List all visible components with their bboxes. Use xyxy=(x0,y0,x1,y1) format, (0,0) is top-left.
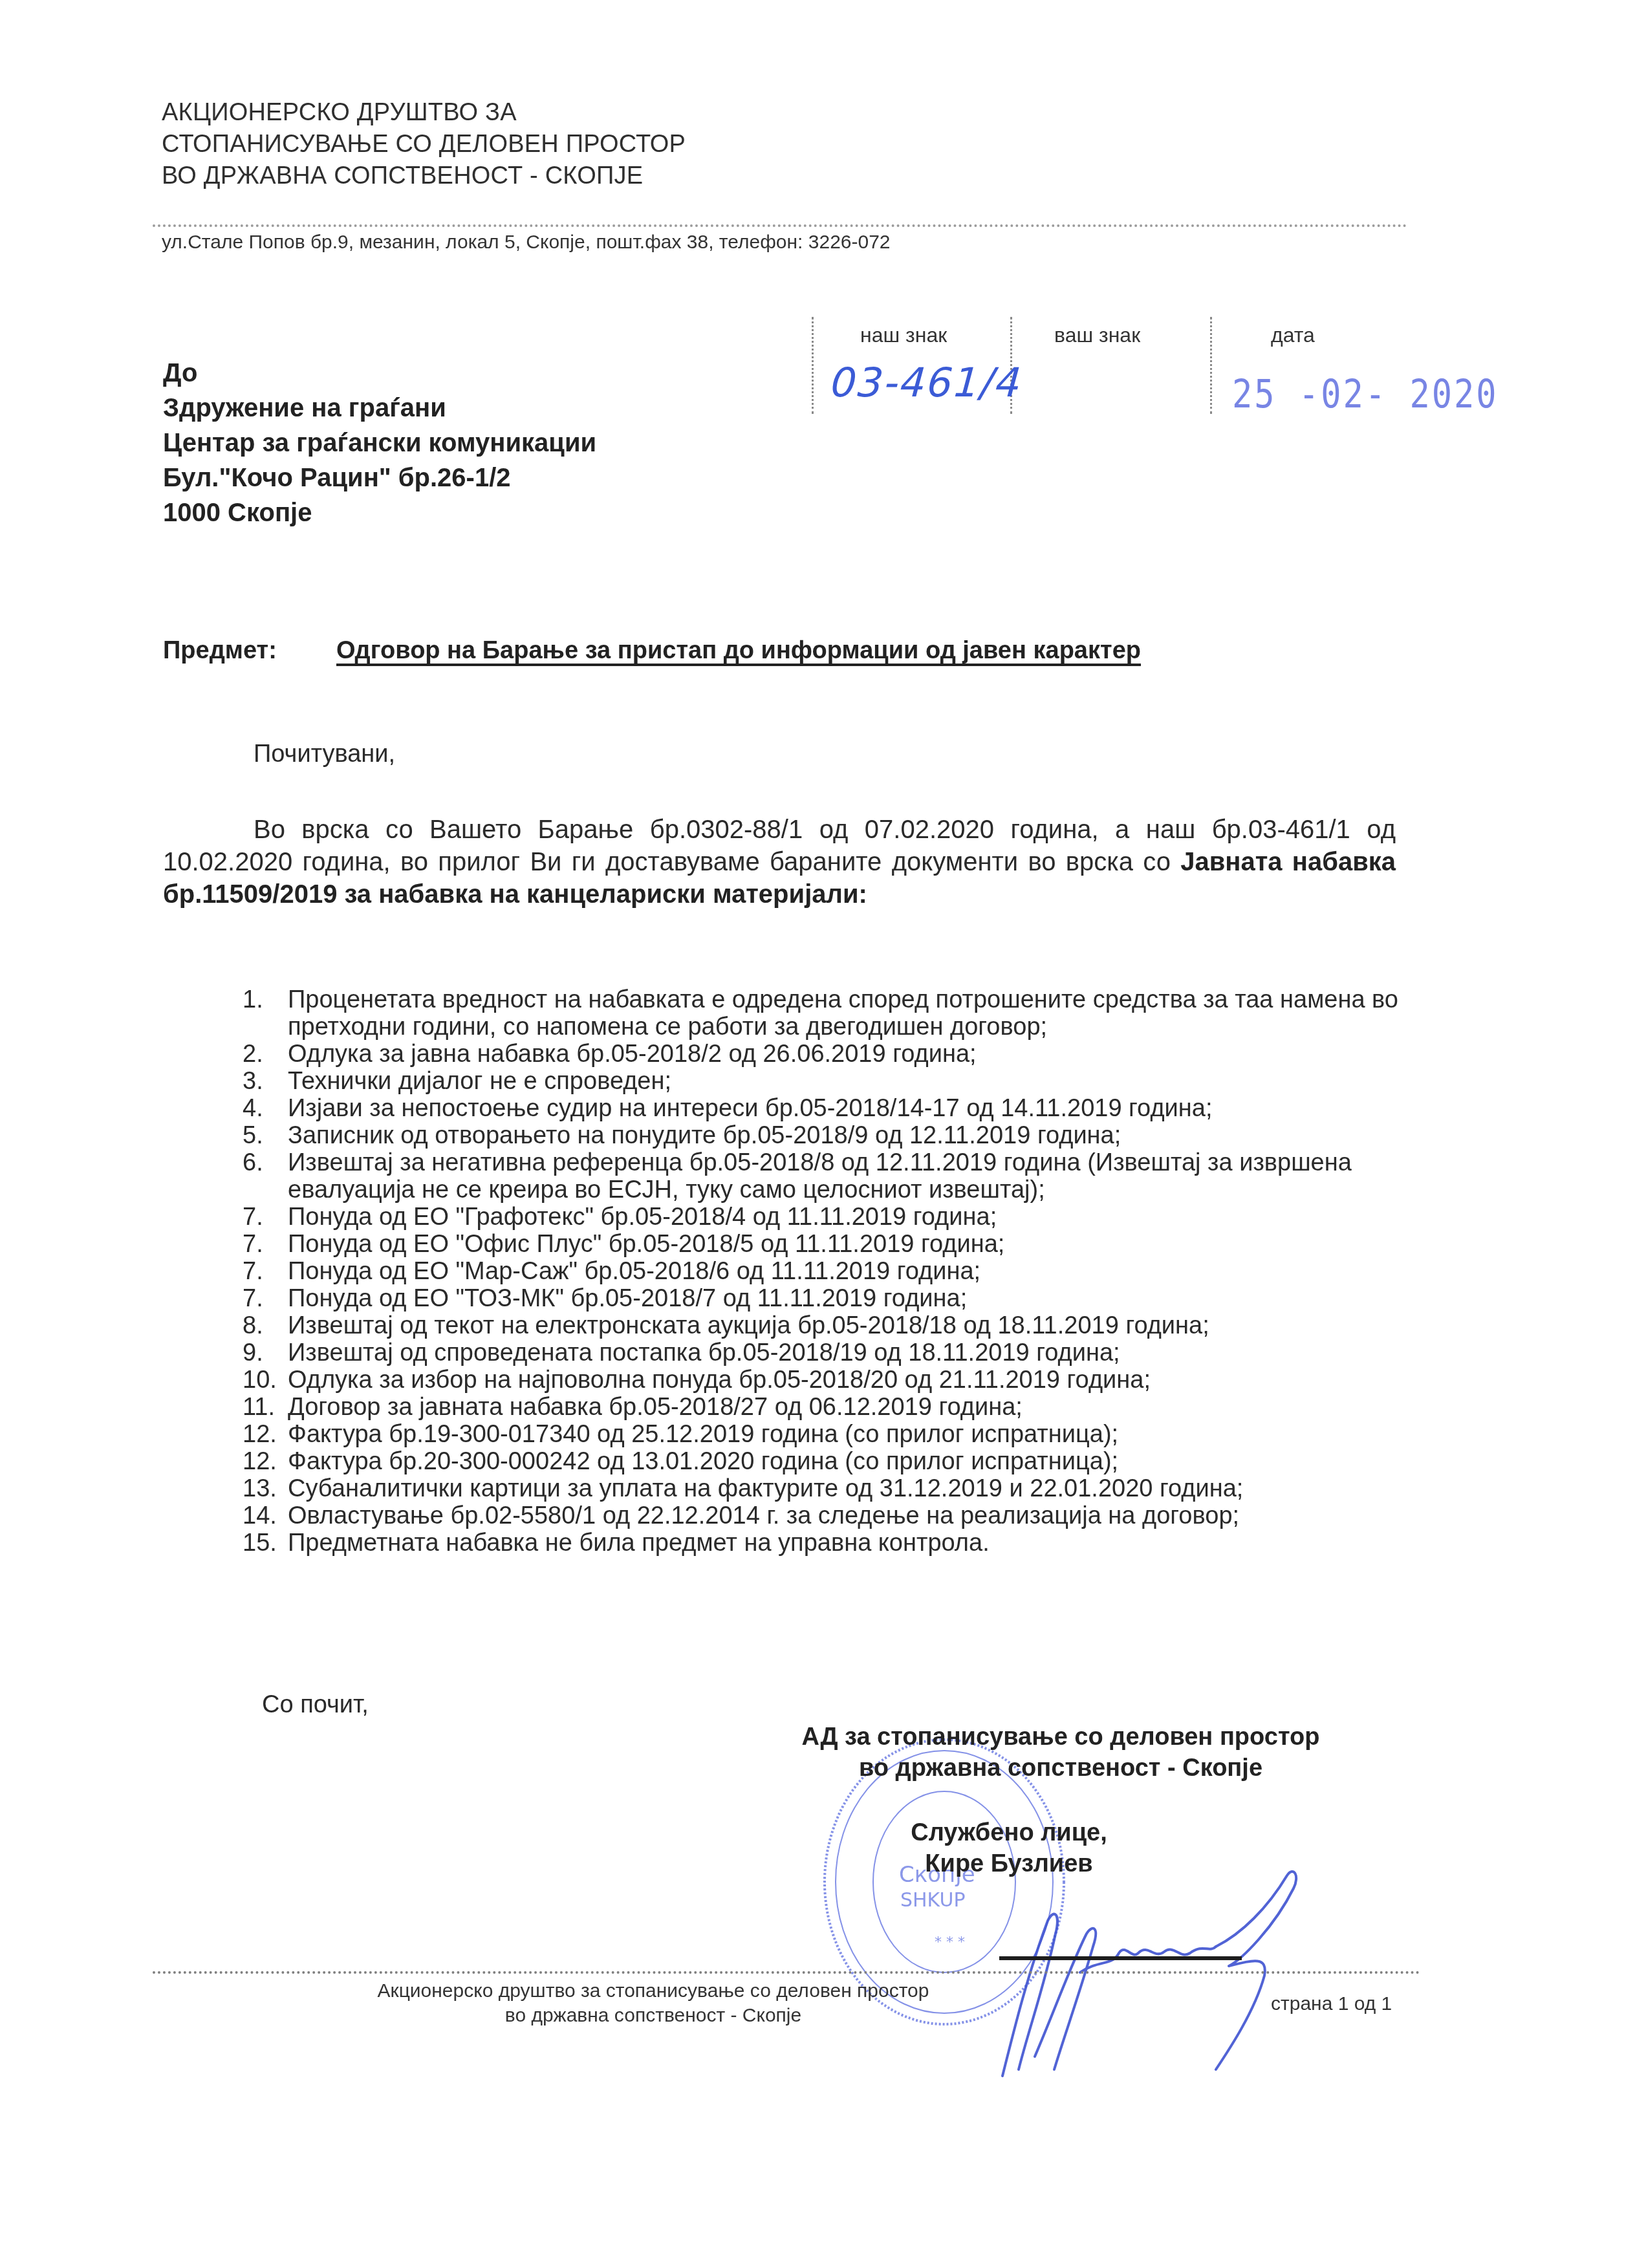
intro-paragraph: Во врска со Вашето Барање бр.0302-88/1 о… xyxy=(163,814,1396,911)
our-ref-label: наш знак xyxy=(860,323,947,347)
list-item-number: 11. xyxy=(243,1394,288,1421)
signatory-org-line-2: во државна сопственост - Скопје xyxy=(737,1753,1384,1784)
list-item-number: 7. xyxy=(243,1285,288,1312)
recipient-line: До xyxy=(163,356,596,391)
header-divider xyxy=(153,224,1407,227)
list-item: 1.Проценетата вредност на набавката е од… xyxy=(243,986,1407,1041)
list-item: 6.Извештај за негативна референца бр.05-… xyxy=(243,1149,1407,1204)
org-name-line-1: АКЦИОНЕРСКО ДРУШТВО ЗА xyxy=(162,97,686,129)
your-ref-label: ваш знак xyxy=(1054,323,1140,347)
recipient-line: Центар за граѓански комуникации xyxy=(163,426,596,460)
list-item-number: 15. xyxy=(243,1529,288,1557)
list-item: 3.Технички дијалог не е спроведен; xyxy=(243,1068,1407,1095)
letterhead-org-name: АКЦИОНЕРСКО ДРУШТВО ЗА СТОПАНИСУВАЊЕ СО … xyxy=(162,97,686,192)
list-item: 13.Субаналитички картици за уплата на фа… xyxy=(243,1475,1407,1502)
list-item-number: 4. xyxy=(243,1095,288,1122)
signatory-organization: АД за стопанисување со деловен простор в… xyxy=(737,1722,1384,1784)
list-item-text: Договор за јавната набавка бр.05-2018/27… xyxy=(288,1394,1407,1421)
attachments-list: 1.Проценетата вредност на набавката е од… xyxy=(243,986,1407,1557)
list-item: 4.Изјави за непостоење судир на интереси… xyxy=(243,1095,1407,1122)
list-item-text: Понуда од ЕО "Офис Плус" бр.05-2018/5 од… xyxy=(288,1231,1407,1258)
date-stamp-value: 25 -02- 2020 xyxy=(1232,373,1499,417)
subject-text: Одговор на Барање за пристап до информац… xyxy=(336,637,1141,665)
list-item-text: Фактура бр.19-300-017340 од 25.12.2019 г… xyxy=(288,1421,1407,1448)
list-item-text: Предметната набавка не била предмет на у… xyxy=(288,1529,1407,1557)
subject-label: Предмет: xyxy=(163,637,277,665)
list-item-text: Извештај за негативна референца бр.05-20… xyxy=(288,1149,1407,1204)
list-item-number: 14. xyxy=(243,1502,288,1529)
ref-separator xyxy=(812,317,814,414)
list-item-number: 8. xyxy=(243,1312,288,1339)
list-item-number: 13. xyxy=(243,1475,288,1502)
list-item-text: Записник од отворањето на понудите бр.05… xyxy=(288,1122,1407,1149)
footer-organization: Акционерско друштво за стопанисување со … xyxy=(304,1979,1002,2028)
signature-line xyxy=(999,1956,1242,1960)
closing: Со почит, xyxy=(262,1691,369,1719)
list-item-text: Технички дијалог не е спроведен; xyxy=(288,1068,1407,1095)
list-item-text: Понуда од ЕО "ТОЗ-МК" бр.05-2018/7 од 11… xyxy=(288,1285,1407,1312)
list-item-text: Фактура бр.20-300-000242 од 13.01.2020 г… xyxy=(288,1448,1407,1475)
list-item: 14.Овластување бр.02-5580/1 од 22.12.201… xyxy=(243,1502,1407,1529)
our-ref-value: 03-461/4 xyxy=(829,359,1024,406)
list-item: 7.Понуда од ЕО "Графотекс" бр.05-2018/4 … xyxy=(243,1204,1407,1231)
org-name-line-2: СТОПАНИСУВАЊЕ СО ДЕЛОВЕН ПРОСТОР xyxy=(162,129,686,160)
footer-org-line-2: во државна сопственост - Скопје xyxy=(304,2003,1002,2028)
list-item: 12.Фактура бр.19-300-017340 од 25.12.201… xyxy=(243,1421,1407,1448)
signatory-role: Службено лице, xyxy=(776,1817,1242,1848)
list-item: 5.Записник од отворањето на понудите бр.… xyxy=(243,1122,1407,1149)
footer-org-line-1: Акционерско друштво за стопанисување со … xyxy=(304,1979,1002,2003)
list-item: 15.Предметната набавка не била предмет н… xyxy=(243,1529,1407,1557)
list-item-number: 9. xyxy=(243,1339,288,1366)
list-item: 7.Понуда од ЕО "Мар-Саж" бр.05-2018/6 од… xyxy=(243,1258,1407,1285)
org-name-line-3: ВО ДРЖАВНА СОПСТВЕНОСТ - СКОПЈЕ xyxy=(162,160,686,192)
list-item: 7.Понуда од ЕО "ТОЗ-МК" бр.05-2018/7 од … xyxy=(243,1285,1407,1312)
list-item-text: Понуда од ЕО "Мар-Саж" бр.05-2018/6 од 1… xyxy=(288,1258,1407,1285)
list-item: 12.Фактура бр.20-300-000242 од 13.01.202… xyxy=(243,1448,1407,1475)
list-item-number: 7. xyxy=(243,1204,288,1231)
list-item: 2.Одлука за јавна набавка бр.05-2018/2 о… xyxy=(243,1041,1407,1068)
list-item-text: Извештај од текот на електронската аукци… xyxy=(288,1312,1407,1339)
list-item-number: 3. xyxy=(243,1068,288,1095)
footer-divider xyxy=(153,1971,1420,1974)
list-item-text: Проценетата вредност на набавката е одре… xyxy=(288,986,1407,1041)
recipient-line: 1000 Скопје xyxy=(163,495,596,530)
list-item-text: Одлука за избор на најповолна понуда бр.… xyxy=(288,1366,1407,1394)
list-item-text: Изјави за непостоење судир на интереси б… xyxy=(288,1095,1407,1122)
list-item-number: 7. xyxy=(243,1258,288,1285)
ref-separator xyxy=(1210,317,1212,414)
list-item-number: 1. xyxy=(243,986,288,1041)
signatory-org-line-1: АД за стопанисување со деловен простор xyxy=(737,1722,1384,1753)
salutation: Почитувани, xyxy=(254,740,395,768)
list-item-number: 7. xyxy=(243,1231,288,1258)
letterhead-address: ул.Стале Попов бр.9, мезанин, локал 5, С… xyxy=(162,232,891,254)
list-item-number: 10. xyxy=(243,1366,288,1394)
list-item-number: 6. xyxy=(243,1149,288,1204)
list-item: 11.Договор за јавната набавка бр.05-2018… xyxy=(243,1394,1407,1421)
recipient-line: Бул."Кочо Рацин" бр.26-1/2 xyxy=(163,460,596,495)
list-item-text: Овластување бр.02-5580/1 од 22.12.2014 г… xyxy=(288,1502,1407,1529)
list-item-number: 12. xyxy=(243,1448,288,1475)
list-item: 9.Извештај од спроведената постапка бр.0… xyxy=(243,1339,1407,1366)
list-item-text: Извештај од спроведената постапка бр.05-… xyxy=(288,1339,1407,1366)
list-item-number: 2. xyxy=(243,1041,288,1068)
list-item-text: Одлука за јавна набавка бр.05-2018/2 од … xyxy=(288,1041,1407,1068)
page-number: страна 1 од 1 xyxy=(1271,1993,1392,2015)
list-item: 10.Одлука за избор на најповолна понуда … xyxy=(243,1366,1407,1394)
date-label: дата xyxy=(1271,323,1315,347)
list-item-number: 12. xyxy=(243,1421,288,1448)
list-item-text: Субаналитички картици за уплата на факту… xyxy=(288,1475,1407,1502)
list-item: 8.Извештај од текот на електронската аук… xyxy=(243,1312,1407,1339)
list-item: 7.Понуда од ЕО "Офис Плус" бр.05-2018/5 … xyxy=(243,1231,1407,1258)
recipient-line: Здружение на граѓани xyxy=(163,391,596,426)
recipient-block: До Здружение на граѓани Центар за граѓан… xyxy=(163,356,596,530)
list-item-text: Понуда од ЕО "Графотекс" бр.05-2018/4 од… xyxy=(288,1204,1407,1231)
list-item-number: 5. xyxy=(243,1122,288,1149)
